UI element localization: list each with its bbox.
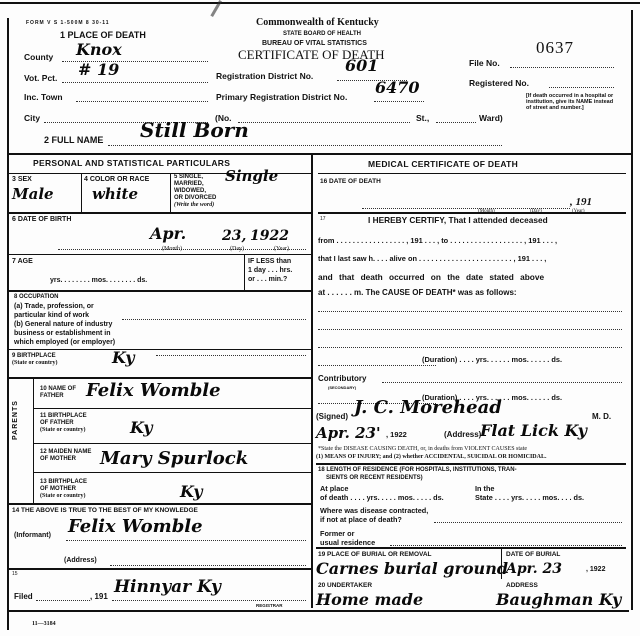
sex-label: 3 SEX <box>12 176 32 183</box>
burial-date-value: Apr. 23 <box>506 561 562 577</box>
secondary-label: (SECONDARY) <box>328 385 356 390</box>
cause-line-3[interactable] <box>318 340 622 348</box>
ward-line <box>436 113 476 123</box>
certify-text: I HEREBY CERTIFY, That I attended deceas… <box>368 215 548 225</box>
commonwealth-heading: Commonwealth of Kentucky <box>256 17 379 28</box>
father-name-label-1: 10 NAME OF <box>40 386 76 393</box>
filed-number: 15 <box>12 571 18 577</box>
filed-label: Filed <box>14 592 33 601</box>
place-of-death-label: 1 PLACE OF DEATH <box>60 30 146 40</box>
registrar-label: REGISTRAR <box>256 603 283 608</box>
form-code: FORM V S 1-500M 8 30-11 <box>26 20 110 26</box>
contracted-label-2: if not at place of death? <box>320 515 428 524</box>
registrar-value: Hinnyar Ky <box>114 577 221 597</box>
sign-date: Apr. 23' <box>316 424 381 442</box>
full-name-value: Still Born <box>140 118 249 142</box>
street-line <box>238 113 410 123</box>
md-label: M. D. <box>592 412 611 421</box>
birthplace-label-block: 9 BIRTHPLACE (State or country) <box>12 353 58 367</box>
contracted-line[interactable] <box>434 515 622 523</box>
age-label: 7 AGE <box>12 258 33 265</box>
section-divider <box>9 153 631 155</box>
physician-address-label: (Address) <box>444 430 481 439</box>
residence-label-1: 18 LENGTH OF RESIDENCE (FOR HOSPITALS, I… <box>318 466 517 474</box>
signed-value: J. C. Morehead <box>354 397 502 418</box>
occupation-block: 8 OCCUPATION (a) Trade, profession, or p… <box>14 293 115 347</box>
county-label: County <box>24 52 53 62</box>
filed-year-prefix: , 191 <box>90 592 108 601</box>
vot-pct-label: Vot. Pct. <box>24 73 57 83</box>
birthplace-sub: (State or country) <box>12 360 58 367</box>
date-of-death-label: 16 DATE OF DEATH <box>320 178 381 185</box>
registered-no-label: Registered No. <box>469 78 529 88</box>
former-label-2: usual residence <box>320 538 375 547</box>
cell-divider <box>170 173 171 212</box>
father-birthplace-value: Ky <box>130 418 152 437</box>
marital-opt-married: MARRIED, <box>174 181 216 188</box>
father-name-label-2: FATHER <box>40 393 76 400</box>
if-less-than-day: IF LESS than 1 day . . . hrs. or . . . m… <box>248 257 292 284</box>
occurred-line: and that death occurred on the date stat… <box>318 272 544 282</box>
in-state-block: In the State . . . . yrs. . . . . mos. .… <box>475 484 584 502</box>
street-label: St., <box>416 113 429 123</box>
race-label: 4 COLOR OR RACE <box>84 176 149 183</box>
footnote-line-1: *State the DISEASE CAUSING DEATH, or, in… <box>318 446 527 452</box>
dob-day-caption: (Day) <box>230 246 244 252</box>
physician-address-value: Flat Lick Ky <box>480 421 587 440</box>
bottom-rule <box>9 610 629 612</box>
row-line <box>316 547 626 549</box>
row-line <box>9 377 311 379</box>
bureau-heading: BUREAU OF VITAL STATISTICS <box>262 40 367 47</box>
row-line <box>9 290 311 292</box>
county-value: Knox <box>76 40 122 59</box>
cause-line-2[interactable] <box>318 322 622 330</box>
at-place-label-2: of death . . . . yrs. . . . . mos. . . .… <box>320 493 444 502</box>
top-border <box>0 2 640 4</box>
row-line <box>33 408 311 409</box>
occupation-label: 8 OCCUPATION <box>14 293 115 302</box>
file-no-line <box>510 58 614 68</box>
hospital-note: [If death occurred in a hospital or inst… <box>526 93 618 111</box>
residence-block: 18 LENGTH OF RESIDENCE (FOR HOSPITALS, I… <box>318 466 517 482</box>
parents-divider <box>33 379 34 503</box>
marital-label: 5 SINGLE, MARRIED, WIDOWED, OR DIVORCED … <box>174 174 216 209</box>
cell-divider <box>244 254 245 290</box>
city-label: City <box>24 113 40 123</box>
burial-place-value: Carnes burial ground <box>316 559 508 578</box>
dob-day: 23, <box>222 228 246 244</box>
birthplace-value: Ky <box>112 348 134 367</box>
registered-no-line <box>549 78 614 88</box>
registration-district-label: Registration District No. <box>216 71 313 81</box>
parents-side-label: PARENTS <box>12 400 19 440</box>
informant-address-line <box>110 557 306 566</box>
occupation-b-label-3: which employed (or employer) <box>14 338 115 347</box>
at-place-block: At place of death . . . . yrs. . . . . m… <box>320 484 444 502</box>
burial-date-label: DATE OF BURIAL <box>506 551 560 558</box>
filed-date-line <box>36 592 90 601</box>
inc-town-label: Inc. Town <box>24 92 63 102</box>
informant-heading: 14 THE ABOVE IS TRUE TO THE BEST OF MY K… <box>12 507 198 514</box>
mother-bp-label-2: OF MOTHER <box>40 486 87 493</box>
sex-value: Male <box>12 185 54 203</box>
duration-line: (Duration) . . . . yrs. . . . . . mos. .… <box>422 355 562 364</box>
informant-value: Felix Womble <box>68 516 203 537</box>
burial-date-year: , 1922 <box>586 566 605 573</box>
ward-label: Ward) <box>479 113 503 123</box>
marital-opt-single: 5 SINGLE, <box>174 174 216 181</box>
dob-label: 6 DATE OF BIRTH <box>12 216 71 223</box>
undertaker-value: Home made <box>316 590 423 609</box>
row-line <box>9 568 311 570</box>
registration-district-value: 601 <box>345 56 378 75</box>
age-units: yrs. . . . . . . . mos. . . . . . . . ds… <box>50 277 147 284</box>
center-divider <box>311 153 313 608</box>
inc-town-line <box>76 92 208 102</box>
row-line <box>9 503 311 505</box>
former-label-1: Former or <box>320 529 375 538</box>
marital-opt-widowed: WIDOWED, <box>174 188 216 195</box>
father-bp-label-2: OF FATHER <box>40 420 87 427</box>
cause-line-1[interactable] <box>318 304 622 312</box>
row-line <box>316 463 626 465</box>
row-line <box>33 443 311 444</box>
mother-name-label: 12 MAIDEN NAME OF MOTHER <box>40 449 91 463</box>
occupation-b-label-2: business or establishment in <box>14 329 115 338</box>
row-line <box>318 173 626 174</box>
footer-code: 11—3184 <box>32 621 56 627</box>
death-certificate: FORM V S 1-500M 8 30-11 Commonwealth of … <box>0 0 640 636</box>
row-line <box>318 212 626 214</box>
last-saw-line: that I last saw h. . . . alive on . . . … <box>318 254 546 263</box>
former-residence-line[interactable] <box>390 538 622 546</box>
mother-bp-label-3: (State or country) <box>40 493 87 500</box>
primary-registration-label: Primary Registration District No. <box>216 92 347 102</box>
row-line <box>33 472 311 473</box>
occupation-b-label: (b) General nature of industry <box>14 320 115 329</box>
marital-instruction: (Write the word) <box>174 202 216 209</box>
date-of-death-year: , 191 <box>570 196 592 208</box>
dob-year: 1922 <box>250 228 289 244</box>
dob-month: Apr. <box>150 224 186 243</box>
contracted-label-1: Where was disease contracted, <box>320 506 428 515</box>
if-less-line-3: or . . . min.? <box>248 275 292 284</box>
row-line <box>9 349 311 350</box>
board-heading: STATE BOARD OF HEALTH <box>283 31 361 37</box>
informant-address-label: (Address) <box>64 557 97 564</box>
mother-bp-label-1: 13 BIRTHPLACE <box>40 479 87 486</box>
informant-label: (Informant) <box>14 532 51 539</box>
contributory-label: Contributory <box>318 374 366 383</box>
vot-pct-value: # 19 <box>78 60 119 79</box>
father-bp-label-3: (State or country) <box>40 427 87 434</box>
undertaker-address-label: ADDRESS <box>506 582 538 589</box>
personal-heading: PERSONAL AND STATISTICAL PARTICULARS <box>33 158 230 168</box>
cell-divider <box>81 173 82 212</box>
row-line <box>9 254 311 255</box>
in-state-label-1: In the <box>475 484 584 493</box>
marital-opt-divorced: OR DIVORCED <box>174 195 216 202</box>
footnote-line-2: (1) MEANS OF INJURY; and (2) whether ACC… <box>316 454 546 460</box>
former-residence-block: Former or usual residence <box>320 529 375 547</box>
in-state-label-2: State . . . . yrs. . . . . mos. . . . ds… <box>475 493 584 502</box>
occupation-a-label: (a) Trade, profession, or <box>14 302 115 311</box>
row-line <box>9 212 311 214</box>
certify-number: 17 <box>320 216 326 222</box>
mother-birthplace-value: Ky <box>180 482 202 501</box>
mother-name-label-2: OF MOTHER <box>40 456 91 463</box>
primary-registration-value: 6470 <box>375 78 420 97</box>
race-value: white <box>92 185 138 203</box>
residence-label-2: SIENTS OR RECENT RESIDENTS) <box>318 474 517 482</box>
dob-month-caption: (Month) <box>162 246 182 252</box>
mother-birthplace-label: 13 BIRTHPLACE OF MOTHER (State or countr… <box>40 479 87 500</box>
mother-name-value: Mary Spurlock <box>100 448 248 469</box>
file-no-label: File No. <box>469 58 500 68</box>
father-bp-label-1: 11 BIRTHPLACE <box>40 413 87 420</box>
contributory-line[interactable] <box>382 375 622 383</box>
father-name-label: 10 NAME OF FATHER <box>40 386 76 400</box>
right-border <box>631 10 633 610</box>
birthplace-label: 9 BIRTHPLACE <box>12 353 58 360</box>
duration-lead <box>318 358 436 366</box>
medical-heading: MEDICAL CERTIFICATE OF DEATH <box>368 159 518 169</box>
attended-from-line: from . . . . . . . . . . . . . . . . . ,… <box>318 236 557 245</box>
undertaker-label: 20 UNDERTAKER <box>318 582 372 589</box>
sign-year: , 1922 <box>386 430 407 439</box>
dob-year-caption: (Year) <box>274 246 289 252</box>
full-name-label: 2 FULL NAME <box>44 135 103 145</box>
father-birthplace-label: 11 BIRTHPLACE OF FATHER (State or countr… <box>40 413 87 434</box>
if-less-line-2: 1 day . . . hrs. <box>248 266 292 275</box>
date-of-death-line <box>362 200 570 209</box>
signed-label: (Signed) <box>316 412 348 421</box>
father-name-value: Felix Womble <box>86 380 221 401</box>
left-border <box>7 18 9 630</box>
at-place-label-1: At place <box>320 484 444 493</box>
contracted-block: Where was disease contracted, if not at … <box>320 506 428 524</box>
burial-place-label: 19 PLACE OF BURIAL OR REMOVAL <box>318 551 432 558</box>
cell-divider <box>501 549 502 579</box>
cause-of-death-line: at . . . . . . m. The CAUSE OF DEATH* wa… <box>318 288 517 297</box>
undertaker-address-value: Baughman Ky <box>496 590 621 609</box>
mother-name-label-1: 12 MAIDEN NAME <box>40 449 91 456</box>
file-number-value: 0637 <box>536 38 574 58</box>
occupation-a-line <box>122 311 306 320</box>
marital-value: Single <box>225 167 278 185</box>
if-less-line-1: IF LESS than <box>248 257 292 266</box>
occupation-a-label-2: particular kind of work <box>14 311 115 320</box>
